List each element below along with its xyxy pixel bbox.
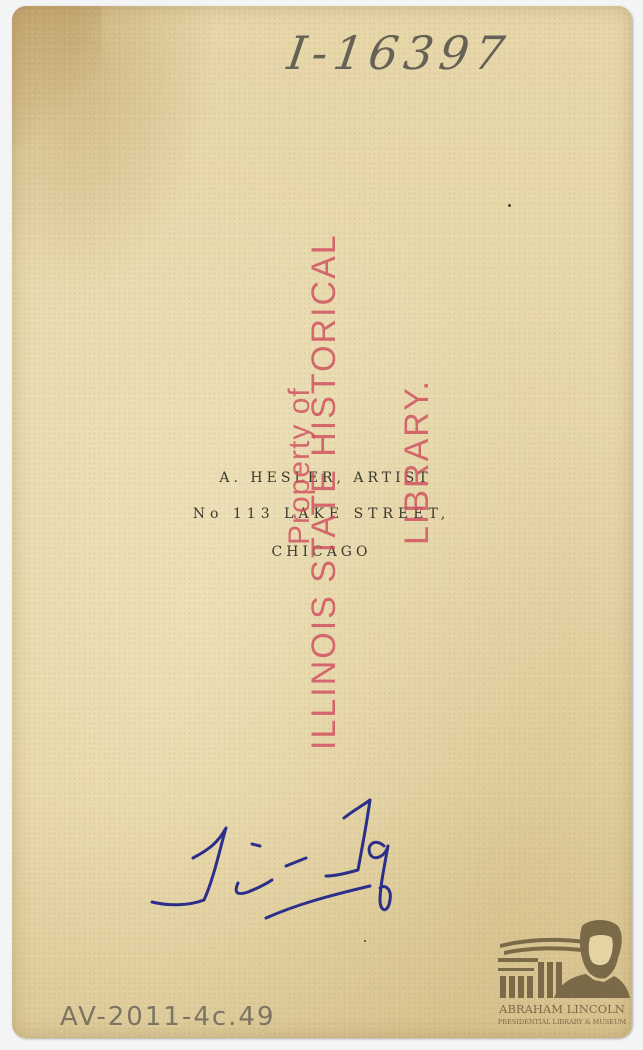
presidential-library-logo: ABRAHAM LINCOLN PRESIDENTIAL LIBRARY & M… bbox=[494, 918, 630, 1030]
paper-speck bbox=[508, 204, 511, 207]
accession-number: AV-2011-4c.49 bbox=[60, 1002, 276, 1032]
ownership-stamp-line-3: LIBRARY. bbox=[398, 379, 437, 545]
corner-stain bbox=[12, 6, 102, 146]
catalog-number: I-16397 bbox=[284, 26, 514, 80]
paper-speck bbox=[364, 940, 366, 942]
handwritten-blue-note-icon bbox=[148, 788, 398, 928]
lincoln-portrait-and-building-icon bbox=[494, 918, 630, 1002]
scan-background: I-16397 A. HESLER, ARTIST No 113 LAKE ST… bbox=[0, 0, 643, 1050]
handwritten-blue-note bbox=[148, 788, 398, 928]
logo-subtitle: PRESIDENTIAL LIBRARY & MUSEUM bbox=[494, 1018, 630, 1026]
ownership-stamp-line-2: ILLINOIS STATE HISTORICAL bbox=[305, 233, 344, 750]
logo-title: ABRAHAM LINCOLN bbox=[496, 1002, 628, 1016]
